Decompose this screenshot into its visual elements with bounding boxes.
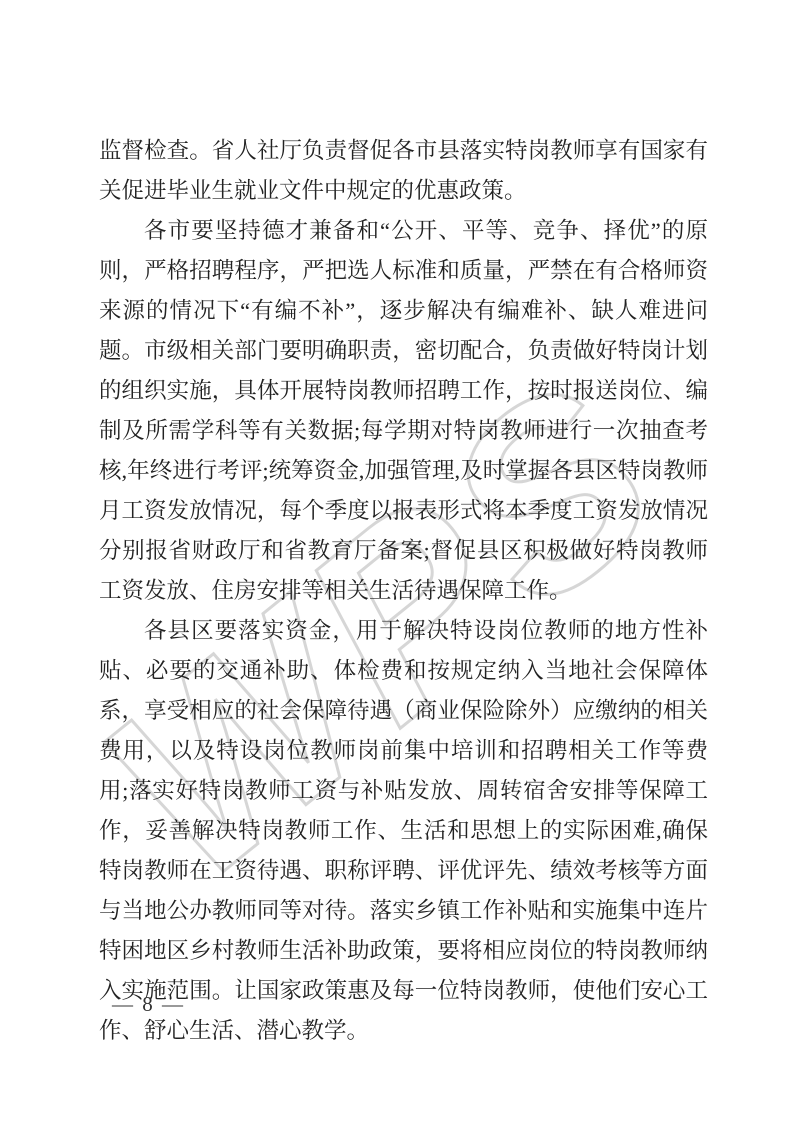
page-number-footer: — 8 — bbox=[112, 992, 185, 1017]
document-page: WPS 监督检查。省人社厅负责督促各市县落实特岗教师享有国家有关促进毕业生就业文… bbox=[0, 0, 793, 1122]
paragraph: 各县区要落实资金，用于解决特设岗位教师的地方性补贴、必要的交通补助、体检费和按规… bbox=[99, 611, 708, 1051]
paragraph: 监督检查。省人社厅负责督促各市县落实特岗教师享有国家有关促进毕业生就业文件中规定… bbox=[99, 131, 708, 211]
body-text: 监督检查。省人社厅负责督促各市县落实特岗教师享有国家有关促进毕业生就业文件中规定… bbox=[99, 131, 708, 1051]
paragraph: 各市要坚持德才兼备和“公开、平等、竞争、择优”的原则，严格招聘程序，严把选人标准… bbox=[99, 211, 708, 611]
